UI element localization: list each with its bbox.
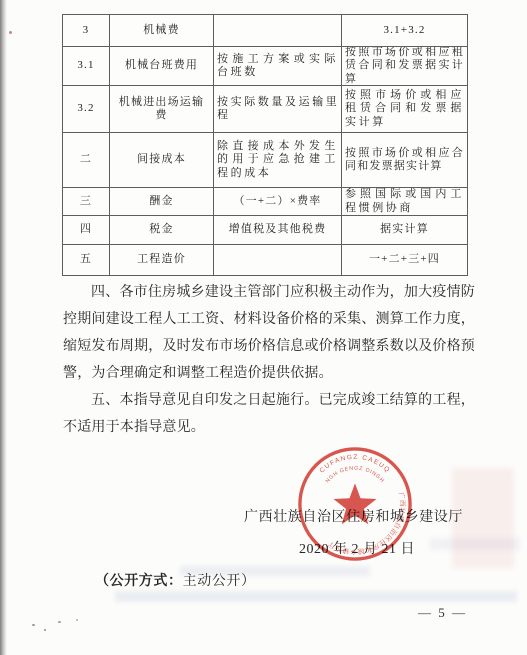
cell-item-method: 一+二+三+四 xyxy=(341,245,467,275)
scan-speck xyxy=(9,31,12,34)
disclosure-method-line: （公开方式：主动公开） xyxy=(95,570,256,590)
cell-item-desc: 按施工方案或实际台班数 xyxy=(213,47,341,85)
table-row: 二 间接成本 除直接成本外发生的用于应急抢建工程的成本 按照市场价或相应合同和发… xyxy=(63,132,467,187)
scan-speck xyxy=(32,624,35,626)
cell-item-name: 机械台班费用 xyxy=(109,47,213,85)
scan-speck xyxy=(58,621,61,623)
cell-item-method: 参照国际或国内工程惯例协商 xyxy=(341,188,467,215)
table-row: 3 机械费 3.1+3.2 xyxy=(63,15,467,46)
paragraph-4: 四、各市住房城乡建设主管部门应积极主动作为，加大疫情防控期间建设工程人工工资、材… xyxy=(63,279,475,387)
document-body: 四、各市住房城乡建设主管部门应积极主动作为，加大疫情防控期间建设工程人工工资、材… xyxy=(63,279,475,441)
seal-inner-latin-text: NGH GENGZ DINGH xyxy=(325,466,386,485)
cell-item-method: 3.1+3.2 xyxy=(341,15,467,46)
scan-speck xyxy=(76,619,78,621)
cell-item-desc xyxy=(213,15,341,46)
cell-item-method: 按照市场价或相应合同和发票据实计算 xyxy=(341,133,467,187)
table-row: 3.2 机械进出场运输费 按实际数量及运输里程 按照市场价或相应租赁合同和发票据… xyxy=(63,85,467,132)
cell-item-no: 三 xyxy=(63,188,109,215)
cell-item-desc xyxy=(213,245,341,275)
scanned-document-page: 3 机械费 3.1+3.2 3.1 机械台班费用 按施工方案或实际台班数 按照市… xyxy=(0,0,527,655)
cell-item-no: 3 xyxy=(63,15,109,46)
cell-item-name: 工程造价 xyxy=(109,245,213,275)
star-icon xyxy=(333,483,376,524)
cell-item-name: 机械进出场运输费 xyxy=(109,86,213,132)
cell-item-no: 二 xyxy=(63,133,109,187)
scan-left-edge-shadow xyxy=(0,0,7,655)
table-row: 三 酬金 （一+二）×费率 参照国际或国内工程惯例协商 xyxy=(63,187,467,215)
table-row: 五 工程造价 一+二+三+四 xyxy=(63,244,467,275)
official-seal-stamp: CUFANGZ CAEUQ NGH GENGZ DINGH 广西壮族自治区住房和… xyxy=(296,445,414,563)
cell-item-desc: 增值税及其他税费 xyxy=(213,216,341,244)
table-row: 四 税金 增值税及其他税费 据实计算 xyxy=(63,215,467,244)
bleedthrough-text-band xyxy=(115,591,517,602)
paragraph-5: 五、本指导意见自印发之日起施行。已完成竣工结算的工程，不适用于本指导意见。 xyxy=(63,387,475,441)
cell-item-no: 3.2 xyxy=(63,86,109,132)
cell-item-name: 间接成本 xyxy=(109,133,213,187)
disclosure-label: （公开方式： xyxy=(95,574,183,589)
disclosure-value: 主动公开） xyxy=(183,574,256,589)
cell-item-desc: （一+二）×费率 xyxy=(213,188,341,215)
scan-speck xyxy=(44,629,46,631)
cell-item-method: 按照市场价或相应租赁合同和发票据实计算 xyxy=(341,47,467,85)
cell-item-name: 税金 xyxy=(109,216,213,244)
cell-item-no: 四 xyxy=(63,216,109,244)
cost-items-table: 3 机械费 3.1+3.2 3.1 机械台班费用 按施工方案或实际台班数 按照市… xyxy=(62,14,468,276)
cell-item-no: 五 xyxy=(63,245,109,275)
cell-item-desc: 按实际数量及运输里程 xyxy=(213,86,341,132)
table-row: 3.1 机械台班费用 按施工方案或实际台班数 按照市场价或相应租赁合同和发票据实… xyxy=(63,46,467,85)
page-number: — 5 — xyxy=(418,605,467,621)
cell-item-name: 机械费 xyxy=(109,15,213,46)
cell-item-method: 按照市场价或相应租赁合同和发票据实计算 xyxy=(341,86,467,132)
cell-item-no: 3.1 xyxy=(63,47,109,85)
cell-item-method: 据实计算 xyxy=(341,216,467,244)
cell-item-name: 酬金 xyxy=(109,188,213,215)
cell-item-desc: 除直接成本外发生的用于应急抢建工程的成本 xyxy=(213,133,341,187)
